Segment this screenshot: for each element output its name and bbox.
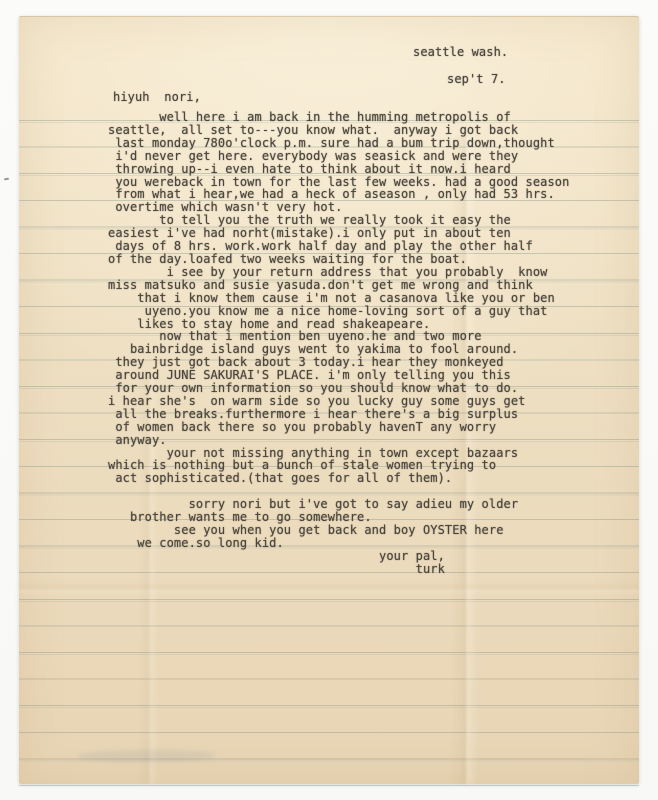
letter-date-line: sep't 7.	[447, 73, 506, 86]
letter-paper: seattle wash. sep't 7. hiyuh nori, well …	[19, 16, 639, 784]
letter-body: well here i am back in the humming metro…	[108, 111, 569, 576]
scanner-dust-speck	[4, 178, 9, 181]
letter-salutation: hiyuh nori,	[113, 91, 201, 104]
scan-background: seattle wash. sep't 7. hiyuh nori, well …	[0, 0, 658, 800]
letter-place-line: seattle wash.	[413, 46, 508, 59]
horizontal-crease	[19, 582, 639, 596]
